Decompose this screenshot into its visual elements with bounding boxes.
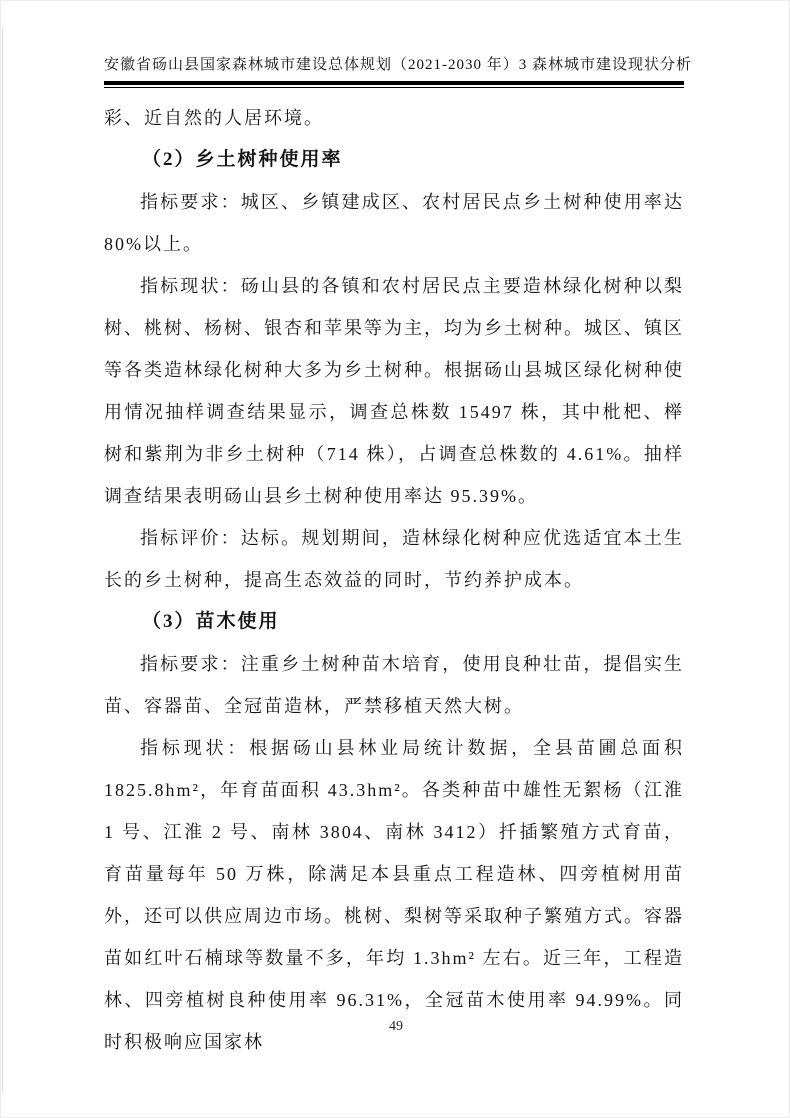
header-rule <box>104 81 684 88</box>
body-paragraph-indicator-status: 指标现状：砀山县的各镇和农村居民点主要造林绿化树种以梨树、桃树、杨树、银杏和苹果… <box>104 265 684 517</box>
body-paragraph-indicator-requirement: 指标要求：城区、乡镇建成区、农村居民点乡土树种使用率达 80%以上。 <box>104 181 684 265</box>
page-body: 彩、近自然的人居环境。 （2）乡土树种使用率 指标要求：城区、乡镇建成区、农村居… <box>104 97 684 1063</box>
page-number: 49 <box>389 1019 403 1034</box>
header-rule-thin-line <box>104 87 684 88</box>
page-header: 安徽省砀山县国家森林城市建设总体规划（2021-2030 年） 3 森林城市建设… <box>104 53 684 88</box>
header-right-title: 3 森林城市建设现状分析 <box>519 53 692 74</box>
page-footer: 49 <box>1 1019 790 1035</box>
header-left-title: 安徽省砀山县国家森林城市建设总体规划（2021-2030 年） <box>104 53 519 74</box>
header-rule-thick-line <box>104 81 684 85</box>
body-paragraph-seedling-requirement: 指标要求：注重乡土树种苗木培育，使用良种壮苗，提倡实生苗、容器苗、全冠苗造林，严… <box>104 643 684 727</box>
body-paragraph-indicator-evaluation: 指标评价：达标。规划期间，造林绿化树种应优选适宜本土生长的乡土树种，提高生态效益… <box>104 517 684 601</box>
section-heading-seedling-usage: （3）苗木使用 <box>104 601 684 643</box>
section-heading-native-tree-usage: （2）乡土树种使用率 <box>104 139 684 181</box>
body-paragraph-continuation: 彩、近自然的人居环境。 <box>104 97 684 139</box>
running-head: 安徽省砀山县国家森林城市建设总体规划（2021-2030 年） 3 森林城市建设… <box>104 53 684 74</box>
page-left-edge-line <box>2 29 3 1091</box>
body-paragraph-seedling-status: 指标现状：根据砀山县林业局统计数据，全县苗圃总面积 1825.8hm²，年育苗面… <box>104 727 684 1063</box>
document-page: 安徽省砀山县国家森林城市建设总体规划（2021-2030 年） 3 森林城市建设… <box>0 0 790 1118</box>
